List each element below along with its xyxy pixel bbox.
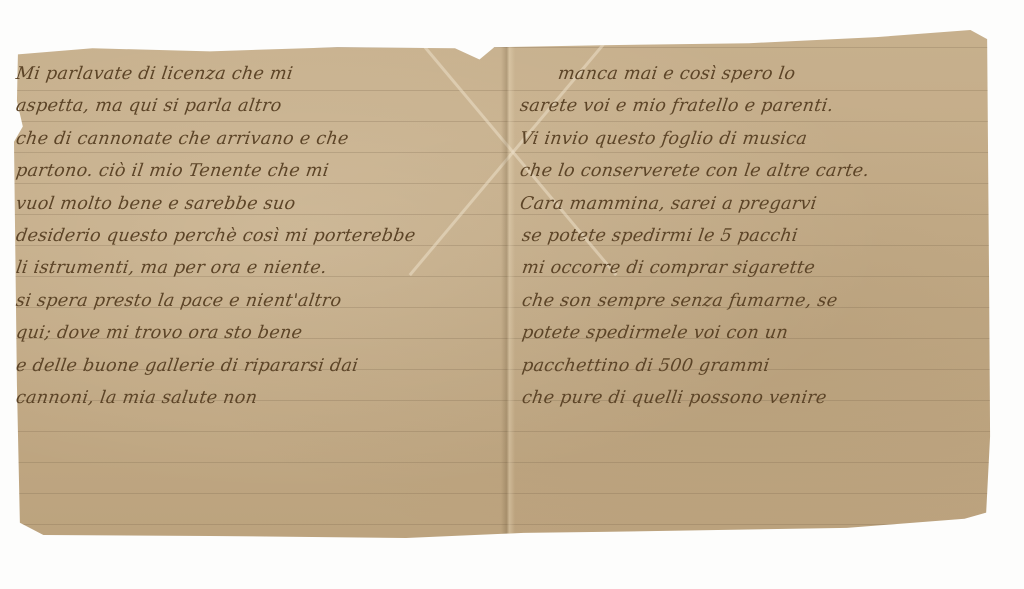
text-line: aspetta, ma qui si parla altro xyxy=(14,90,489,122)
text-line: desiderio questo perchè così mi portereb… xyxy=(14,220,489,252)
text-line: che son sempre senza fumarne, se xyxy=(518,285,973,317)
text-line: partono. ciò il mio Tenente che mi xyxy=(14,155,489,187)
center-fold xyxy=(501,30,515,538)
text-line: Cara mammina, sarei a pregarvi xyxy=(518,188,973,220)
text-line: qui; dove mi trovo ora sto bene xyxy=(14,317,489,349)
text-line: potete spedirmele voi con un xyxy=(518,317,973,349)
text-line: si spera presto la pace e nient'altro xyxy=(14,285,489,317)
right-page: manca mai e così spero lo sarete voi e m… xyxy=(520,58,970,414)
text-line: che di cannonate che arrivano e che xyxy=(14,123,489,155)
text-line: cannoni, la mia salute non xyxy=(14,382,489,414)
left-page: Mi parlavate di licenza che mi aspetta, … xyxy=(16,58,486,414)
text-line: che pure di quelli possono venire xyxy=(518,382,973,414)
text-line: e delle buone gallerie di ripararsi dai xyxy=(14,350,489,382)
text-line: manca mai e così spero lo xyxy=(518,58,973,90)
text-line: pacchettino di 500 grammi xyxy=(518,350,973,382)
text-line: Mi parlavate di licenza che mi xyxy=(14,58,489,90)
text-line: Vi invio questo foglio di musica xyxy=(518,123,973,155)
text-line: sarete voi e mio fratello e parenti. xyxy=(518,90,973,122)
text-line: li istrumenti, ma per ora e niente. xyxy=(14,252,489,284)
text-line: che lo conserverete con le altre carte. xyxy=(518,155,973,187)
text-line: mi occorre di comprar sigarette xyxy=(518,252,973,284)
text-line: vuol molto bene e sarebbe suo xyxy=(14,188,489,220)
text-line: se potete spedirmi le 5 pacchi xyxy=(518,220,973,252)
